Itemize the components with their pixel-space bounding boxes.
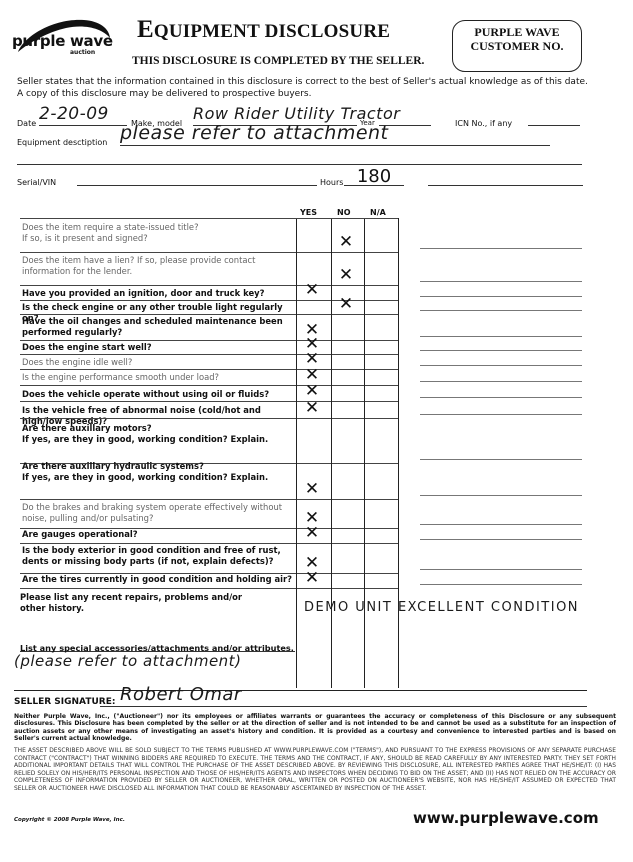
question-text: Have the oil changes and scheduled maint… xyxy=(22,316,297,338)
row-divider xyxy=(20,252,398,253)
question-text: Does the item have a lien? If so, please… xyxy=(22,255,297,277)
disclaimer-text: Neither Purple Wave, Inc., ("Auctioneer"… xyxy=(14,713,616,743)
serial-vin-label: Serial/VIN xyxy=(17,178,56,187)
column-divider xyxy=(364,218,365,688)
equipment-description-field[interactable]: please refer to attachment xyxy=(120,122,550,146)
row-divider xyxy=(20,285,398,286)
column-header-yes: YES xyxy=(300,208,317,217)
column-header-na: N/A xyxy=(370,208,386,217)
row-divider xyxy=(20,418,398,419)
question-text: Do the brakes and braking system operate… xyxy=(22,502,297,524)
row-divider xyxy=(20,543,398,544)
checkbox-yes[interactable]: ✕ xyxy=(297,570,327,587)
checkbox-yes[interactable]: ✕ xyxy=(297,400,327,417)
row-divider xyxy=(20,385,398,386)
checkbox-yes[interactable]: ✕ xyxy=(297,481,327,498)
explanation-line[interactable] xyxy=(420,296,582,297)
explanation-line[interactable] xyxy=(420,248,582,249)
checkbox-no[interactable]: ✕ xyxy=(331,296,361,313)
question-text: Is the body exterior in good condition a… xyxy=(22,545,297,567)
checkbox-yes[interactable]: ✕ xyxy=(297,525,327,542)
logo-subtitle: auction xyxy=(70,49,95,56)
column-divider xyxy=(296,218,297,688)
question-text: Is the engine performance smooth under l… xyxy=(22,372,297,383)
question-text: Are the tires currently in good conditio… xyxy=(22,574,297,585)
question-text: Does the engine start well? xyxy=(22,342,297,353)
column-header-no: NO xyxy=(337,208,351,217)
question-text: Are there auxillary hydraulic systems? I… xyxy=(22,461,297,483)
intro-text: Seller states that the information conta… xyxy=(17,76,627,100)
column-divider xyxy=(331,218,332,688)
customer-number-box[interactable]: PURPLE WAVE CUSTOMER NO. xyxy=(452,20,582,72)
explanation-line[interactable] xyxy=(420,569,582,570)
description-extra-line[interactable] xyxy=(17,164,582,165)
row-divider xyxy=(20,401,398,402)
logo: purple wave xyxy=(12,32,113,50)
explanation-line[interactable] xyxy=(420,524,582,525)
explanation-line[interactable] xyxy=(420,459,582,460)
date-field[interactable]: 2-20-09 xyxy=(39,104,127,126)
table-top-border xyxy=(20,218,398,219)
row-divider xyxy=(20,340,398,341)
website-link[interactable]: www.purplewave.com xyxy=(413,809,599,827)
question-text: Have you provided an ignition, door and … xyxy=(22,288,297,299)
explanation-line[interactable] xyxy=(420,397,582,398)
checkbox-no[interactable]: ✕ xyxy=(331,234,361,251)
explanation-line[interactable] xyxy=(420,495,582,496)
serial-extra-line[interactable] xyxy=(428,185,583,186)
serial-vin-field[interactable] xyxy=(77,172,317,186)
seller-signature-field[interactable]: Robert Omar xyxy=(100,684,587,707)
explanation-line[interactable] xyxy=(420,584,582,585)
page-subtitle: THIS DISCLOSURE IS COMPLETED BY THE SELL… xyxy=(132,55,424,67)
explanation-line[interactable] xyxy=(420,414,582,415)
explanation-line[interactable] xyxy=(420,310,582,311)
question-text: Are there auxillary motors? If yes, are … xyxy=(22,423,297,445)
date-label: Date xyxy=(17,119,36,128)
copyright: Copyright © 2008 Purple Wave, Inc. xyxy=(14,817,125,823)
checkbox-yes[interactable]: ✕ xyxy=(297,282,327,299)
question-text: Does the vehicle operate without using o… xyxy=(22,389,297,400)
explanation-line[interactable] xyxy=(420,381,582,382)
explanation-line[interactable] xyxy=(420,336,582,337)
row-divider xyxy=(20,369,398,370)
hours-field[interactable]: 180 xyxy=(344,166,404,186)
row-divider xyxy=(20,588,398,589)
column-divider xyxy=(398,218,399,688)
repairs-label: Please list any recent repairs, problems… xyxy=(20,592,260,614)
explanation-line[interactable] xyxy=(420,281,582,282)
equipment-description-label: Equipment desctiption xyxy=(17,138,107,147)
row-divider xyxy=(20,354,398,355)
explanation-line[interactable] xyxy=(420,365,582,366)
explanation-line[interactable] xyxy=(420,350,582,351)
repairs-field[interactable]: DEMO UNIT EXCELLENT CONDITION xyxy=(304,600,579,615)
checkbox-no[interactable]: ✕ xyxy=(331,267,361,284)
question-text: Are gauges operational? xyxy=(22,529,297,540)
question-text: Does the item require a state-issued tit… xyxy=(22,222,297,244)
page-title: EQUIPMENT DISCLOSURE xyxy=(137,16,390,44)
hours-label: Hours xyxy=(320,178,343,187)
row-divider xyxy=(20,499,398,500)
row-divider xyxy=(20,314,398,315)
question-text: Does the engine idle well? xyxy=(22,357,297,368)
terms-text: THE ASSET DESCRIBED ABOVE WILL BE SOLD S… xyxy=(14,748,616,794)
explanation-line[interactable] xyxy=(420,539,582,540)
accessories-field[interactable]: (please refer to attachment) xyxy=(14,652,241,670)
